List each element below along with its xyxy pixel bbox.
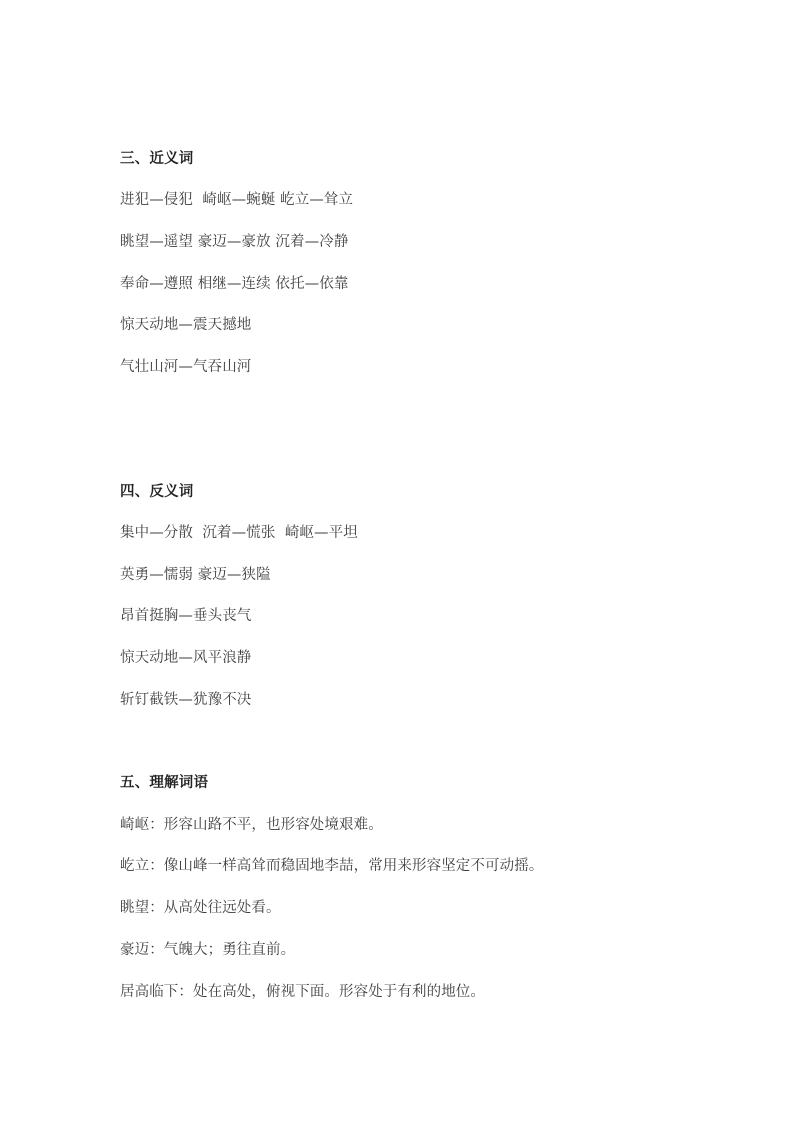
definition-line: 居高临下：处在高处，俯视下面。形容处于有利的地位。 [120,982,485,1002]
section-heading-word-meanings: 五、理解词语 [120,773,208,793]
synonym-line: 惊天动地—震天撼地 [120,315,251,335]
antonym-line: 昂首挺胸—垂头丧气 [120,606,251,626]
document-page: 三、近义词 进犯—侵犯 崎岖—蜿蜒 屹立—耸立 眺望—遥望 豪迈—豪放 沉着—冷… [0,0,793,1122]
antonym-line: 斩钉截铁—犹豫不决 [120,690,251,710]
definition-line: 崎岖：形容山路不平，也形容处境艰难。 [120,815,383,835]
definition-line: 豪迈：气魄大；勇往直前。 [120,940,295,960]
section-heading-antonyms: 四、反义词 [120,482,194,502]
synonym-line: 眺望—遥望 豪迈—豪放 沉着—冷静 [120,232,348,252]
synonym-line: 奉命—遵照 相继—连续 依托—依靠 [120,274,348,294]
synonym-line: 气壮山河—气吞山河 [120,357,251,377]
antonym-line: 惊天动地—风平浪静 [120,648,251,668]
antonym-line: 集中—分散 沉着—慌张 崎岖—平坦 [120,523,358,543]
section-heading-synonyms: 三、近义词 [120,149,194,169]
antonym-line: 英勇—懦弱 豪迈—狭隘 [120,565,271,585]
definition-line: 屹立：像山峰一样高耸而稳固地李喆，常用来形容坚定不可动摇。 [120,856,543,876]
synonym-line: 进犯—侵犯 崎岖—蜿蜒 屹立—耸立 [120,190,353,210]
definition-line: 眺望：从高处往远处看。 [120,898,281,918]
